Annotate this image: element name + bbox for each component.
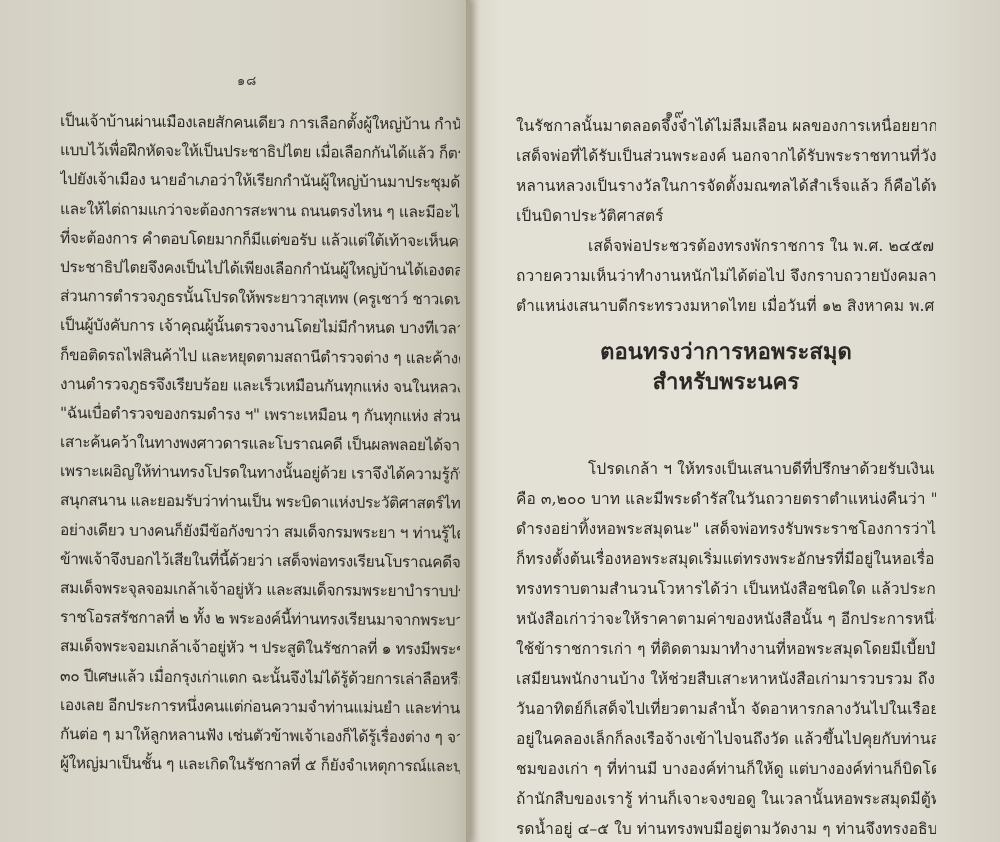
body-text: เป็นเจ้าบ้านผ่านเมืองเลยสักคนเดียว การเล… <box>60 107 460 782</box>
text-line: ๓๐ ปีเศษแล้ว เมื่อกรุงเก่าแตก ฉะนั้นจึงไ… <box>60 662 460 695</box>
text-line: เสด็จพ่อที่ได้รับเป็นส่วนพระองค์ นอกจากไ… <box>516 142 936 172</box>
text-line: เสมียนพนักงานบ้าง ให้ช่วยสืบเสาะหาหนังสื… <box>516 665 936 695</box>
text-line: ถวายความเห็นว่าทำงานหนักไม่ได้ต่อไป จึงก… <box>516 262 936 292</box>
text-line: สมเด็จพระจอมเกล้าเจ้าอยู่หัว ฯ ประสูติใน… <box>60 632 460 665</box>
text-line: ในรัชกาลนั้นมาตลอดจึงจำได้ไม่ลืมเลือน ผล… <box>516 112 936 142</box>
text-line: และให้ไต่ถามแกว่าจะต้องการสะพาน ถนนตรงไห… <box>60 195 460 228</box>
text-line: ก็ทรงตั้งต้นเรื่องหอพระสมุดเริ่มแต่ทรงพร… <box>516 545 936 575</box>
text-line: โปรดเกล้า ฯ ให้ทรงเป็นเสนาบดีที่ปรึกษาด้… <box>516 455 936 485</box>
text-line: หลานหลวงเป็นรางวัลในการจัดตั้งมณฑลได้สำเ… <box>516 172 936 202</box>
left-page: ๑๘ เป็นเจ้าบ้านผ่านเมืองเลยสักคนเดียว กา… <box>0 0 470 842</box>
text-line: สนุกสนาน และยอมรับว่าท่านเป็น พระบิดาแห่… <box>60 486 460 519</box>
paragraph: ในรัชกาลนั้นมาตลอดจึงจำได้ไม่ลืมเลือน ผล… <box>516 112 936 232</box>
text-line: แบบไว้เพื่อฝึกหัดจะให้เป็นประชาธิปไตย เม… <box>60 136 460 169</box>
text-line: วันอาทิตย์ก็เสด็จไปเที่ยวตามลำน้ำ จัดอาห… <box>516 695 936 725</box>
text-line: ใช้ข้าราชการเก่า ๆ ที่ติดตามมาทำงานที่หอ… <box>516 635 936 665</box>
heading-line: ตอนทรงว่าการหอพระสมุด <box>516 338 936 368</box>
book-spread: ๑๘ เป็นเจ้าบ้านผ่านเมืองเลยสักคนเดียว กา… <box>0 0 1000 842</box>
text-line: "ฉันเบื่อตำรวจของกรมดำรง ฯ" เพราะเหมือน … <box>60 399 460 432</box>
text-line: ข้าพเจ้าจึงบอกไว้เสียในที่นี้ด้วยว่า เสด… <box>60 545 460 578</box>
text-line: กันต่อ ๆ มาให้ลูกหลานฟัง เช่นตัวข้าพเจ้า… <box>60 720 460 753</box>
text-line: ราชโอรสรัชกาลที่ ๒ ทั้ง ๒ พระองค์นี้ท่าน… <box>60 603 460 636</box>
section-heading: ตอนทรงว่าการหอพระสมุด สำหรับพระนคร <box>516 338 936 398</box>
text-line: ที่จะต้องการ คำตอบโดยมากก็มีแต่ขอรับ แล้… <box>60 224 460 257</box>
text-line: เสด็จพ่อประชวรต้องทรงพักราชการ ใน พ.ศ. ๒… <box>516 232 936 262</box>
text-line: สมเด็จพระจุลจอมเกล้าเจ้าอยู่หัว และสมเด็… <box>60 574 460 607</box>
text-line: เป็นบิดาประวัติศาสตร์ <box>516 202 936 232</box>
text-line: คือ ๓,๒๐๐ บาท และมีพระดำรัสในวันถวายตราต… <box>516 485 936 515</box>
text-line: อย่างเดียว บางคนก็ยังมีข้อกังขาว่า สมเด็… <box>60 516 460 549</box>
text-line: ถ้านักสืบของเรารู้ ท่านก็เจาะจงขอดู ในเว… <box>516 785 936 815</box>
text-line: ดำรงอย่าทิ้งหอพระสมุดนะ" เสด็จพ่อทรงรับพ… <box>516 515 936 545</box>
paragraph: โปรดเกล้า ฯ ให้ทรงเป็นเสนาบดีที่ปรึกษาด้… <box>516 455 936 842</box>
text-line: งานตำรวจภูธรจึงเรียบร้อย และเร็วเหมือนกั… <box>60 370 460 403</box>
paragraph: เสด็จพ่อประชวรต้องทรงพักราชการ ใน พ.ศ. ๒… <box>516 232 936 322</box>
text-line: หนังสือเก่าว่าจะให้ราคาตามค่าของหนังสือน… <box>516 605 936 635</box>
text-line: ชมของเก่า ๆ ที่ท่านมี บางองค์ท่านก็ให้ดู… <box>516 755 936 785</box>
text-line: เป็นเจ้าบ้านผ่านเมืองเลยสักคนเดียว การเล… <box>60 107 460 140</box>
right-page: ๑๙ ในรัชกาลนั้นมาตลอดจึงจำได้ไม่ลืมเลือน… <box>468 0 1000 842</box>
page-number: ๑๘ <box>237 70 257 91</box>
text-line: ไปยังเจ้าเมือง นายอำเภอว่าให้เรียกกำนันผ… <box>60 165 460 198</box>
text-line: ตำแหน่งเสนาบดีกระทรวงมหาดไทย เมื่อวันที่… <box>516 292 936 322</box>
text-line: ก็ขอติดรถไฟสินค้าไป และหยุดตามสถานีตำรวจ… <box>60 341 460 374</box>
heading-line: สำหรับพระนคร <box>516 368 936 398</box>
text-line: เสาะค้นคว้าในทางพงศาวดารและโบราณคดี เป็น… <box>60 428 460 461</box>
text-line: เองเลย อีกประการหนึ่งคนแต่ก่อนความจำท่าน… <box>60 691 460 724</box>
text-line: ทรงทราบตามสำนวนโวหารได้ว่า เป็นหนังสือชน… <box>516 575 936 605</box>
text-line: รดน้ำอยู่ ๔–๕ ใบ ท่านทรงพบมีอยู่ตามวัดงา… <box>516 815 936 842</box>
text-line: ส่วนการตำรวจภูธรนั้นโปรดให้พระยาวาสุเทพ … <box>60 282 460 315</box>
text-line: ผู้ใหญ่มาเป็นชั้น ๆ และเกิดในรัชกาลที่ ๕… <box>60 749 460 782</box>
text-line: อยู่ในคลองเล็กก็ลงเรือจ้างเข้าไปจนถึงวัด… <box>516 725 936 755</box>
text-line: เป็นผู้บังคับการ เจ้าคุณผู้นั้นตรวจงานโด… <box>60 311 460 344</box>
text-line: ประชาธิปไตยจึงคงเป็นไปได้เพียงเลือกกำนัน… <box>60 253 460 286</box>
text-line: เพราะเผอิญให้ท่านทรงโปรดในทางนั้นอยู่ด้ว… <box>60 457 460 490</box>
